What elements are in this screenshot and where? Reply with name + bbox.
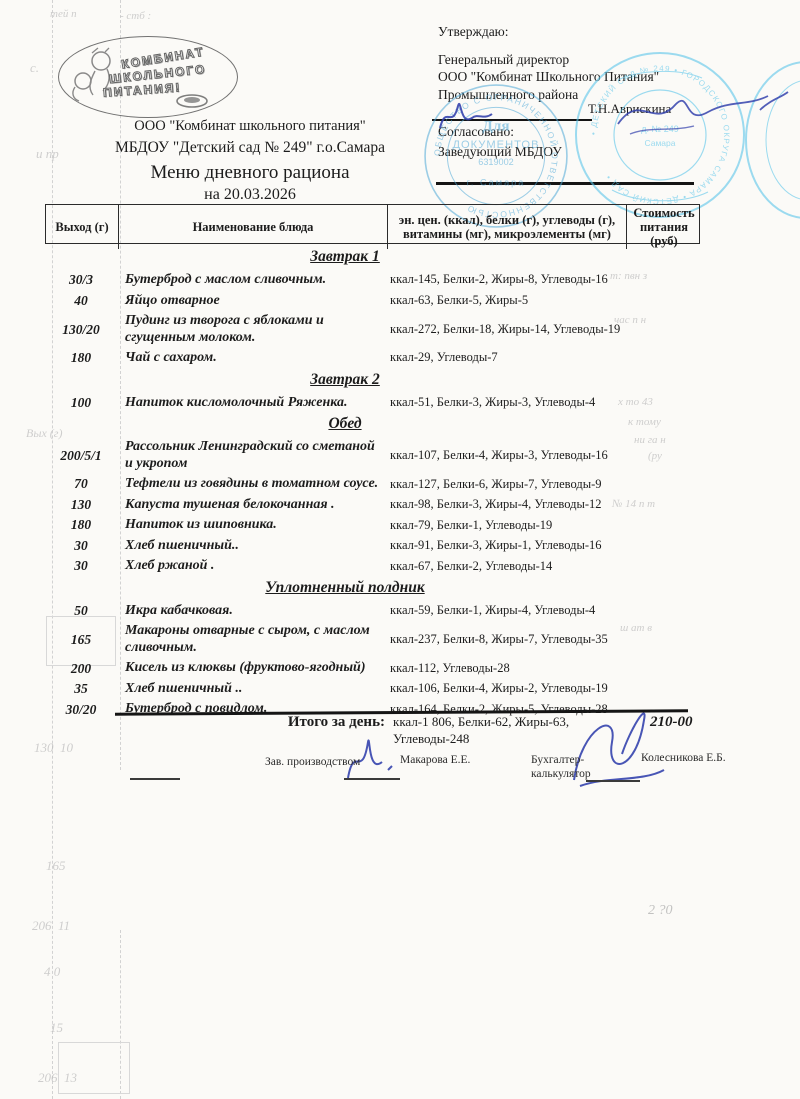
dish-name: Икра кабачковая. xyxy=(117,601,386,622)
approver-line1: Генеральный директор xyxy=(438,52,768,68)
menu-row: 40 Яйцо отварное ккал-63, Белки-5, Жиры-… xyxy=(45,291,705,312)
menu-row: 200 Кисель из клюквы (фруктово-ягодный) … xyxy=(45,658,705,679)
dish-nutrition: ккал-98, Белки-3, Жиры-4, Углеводы-12 xyxy=(386,498,690,512)
dish-weight: 165 xyxy=(45,632,117,648)
total-nutrition-line2: Углеводы-248 xyxy=(393,731,648,748)
menu-row: 130/20 Пудинг из творога с яблоками и сг… xyxy=(45,311,705,348)
blank-underline xyxy=(130,778,180,780)
agree-block: Согласовано: Заведующий МБДОУ xyxy=(438,122,562,163)
menu-row: 30/3 Бутерброд с маслом сливочным. ккал-… xyxy=(45,270,705,291)
menu-title: Меню дневного рациона xyxy=(80,162,420,184)
col-header-nutrition: эн. цен. (ккал), белки (г), углеводы (г)… xyxy=(387,205,626,249)
accountant-role-line1: Бухгалтер- xyxy=(531,754,584,766)
dish-weight: 200/5/1 xyxy=(45,448,117,464)
total-nutrition: ккал-1 806, Белки-62, Жиры-63, Углеводы-… xyxy=(385,714,648,748)
bleed-box xyxy=(58,1042,130,1094)
signature-underline xyxy=(586,780,640,782)
menu-row: 130 Капуста тушеная белокочанная . ккал-… xyxy=(45,495,705,516)
approver-name: Т.Н.Аврискина xyxy=(588,101,671,117)
dish-weight: 50 xyxy=(45,603,117,619)
dish-weight: 35 xyxy=(45,681,117,697)
dish-weight: 130/20 xyxy=(45,322,117,338)
bleed-artifact: 15 xyxy=(50,1020,63,1036)
dish-weight: 180 xyxy=(45,517,117,533)
doc-stamp-city: г. Самара xyxy=(467,177,526,187)
section-heading-breakfast1: Завтрак 1 xyxy=(45,248,645,268)
menu-row: 200/5/1 Рассольник Ленинградский со смет… xyxy=(45,437,705,474)
bleed-artifact: 206 13 xyxy=(38,1070,77,1086)
dish-name: Яйцо отварное xyxy=(117,291,386,312)
dish-weight: 200 xyxy=(45,661,117,677)
section-heading-snack: Уплотненный полдник xyxy=(45,579,645,599)
bleed-artifact: и пр xyxy=(36,146,59,162)
menu-row: 180 Чай с сахаром. ккал-29, Углеводы-7 xyxy=(45,348,705,369)
dish-weight: 180 xyxy=(45,350,117,366)
dish-name: Бутерброд с маслом сливочным. xyxy=(117,270,386,291)
total-row: Итого за день: ккал-1 806, Белки-62, Жир… xyxy=(45,714,745,748)
approver-line3: Промышленного района xyxy=(438,87,768,103)
menu-row: 50 Икра кабачковая. ккал-59, Белки-1, Жи… xyxy=(45,601,705,622)
production-manager-role: Зав. производством xyxy=(265,756,360,768)
dish-name: Чай с сахаром. xyxy=(117,348,386,369)
dish-weight: 40 xyxy=(45,293,117,309)
dish-weight: 30 xyxy=(45,538,117,554)
dish-nutrition: ккал-112, Углеводы-28 xyxy=(386,662,690,676)
signature-underline xyxy=(344,778,400,780)
dish-name: Кисель из клюквы (фруктово-ягодный) xyxy=(117,658,386,679)
menu-row: 100 Напиток кисломолочный Ряженка. ккал-… xyxy=(45,393,705,414)
bleed-vertical-line xyxy=(120,930,121,1099)
dish-weight: 100 xyxy=(45,395,117,411)
bleed-artifact: 206 11 xyxy=(32,918,70,934)
logo-plate-doodle xyxy=(175,93,209,109)
col-header-name: Наименование блюда xyxy=(118,205,387,249)
menu-row: 165 Макароны отварные с сыром, с маслом … xyxy=(45,621,705,658)
bleed-artifact: тей п xyxy=(50,8,77,20)
bleed-artifact: - стб : xyxy=(120,10,151,22)
dish-name: Пудинг из творога с яблоками и сгущенным… xyxy=(117,311,386,348)
col-header-weight: Выход (г) xyxy=(46,205,118,249)
org-line2: МБДОУ "Детский сад № 249" г.о.Самара xyxy=(80,139,420,157)
section-heading-breakfast2: Завтрак 2 xyxy=(45,371,645,391)
dish-name: Напиток кисломолочный Ряженка. xyxy=(117,393,386,414)
bleed-artifact: 2 ?0 xyxy=(648,903,673,919)
menu-row: 35 Хлеб пшеничный .. ккал-106, Белки-4, … xyxy=(45,679,705,700)
company-logo: КОМБИНАТ ШКОЛЬНОГО ПИТАНИЯ! xyxy=(58,36,238,118)
agree-role: Заведующий МБДОУ xyxy=(438,142,562,162)
menu-row: 30 Хлеб ржаной . ккал-67, Белки-2, Углев… xyxy=(45,556,705,577)
accountant-role-line2: калькулятор xyxy=(531,768,591,780)
menu-row: 70 Тефтели из говядины в томатном соусе.… xyxy=(45,474,705,495)
dish-name: Хлеб пшеничный.. xyxy=(117,536,386,557)
dish-name: Макароны отварные с сыром, с маслом слив… xyxy=(117,621,386,658)
dish-weight: 30 xyxy=(45,558,117,574)
bleed-artifact: 165 xyxy=(46,858,66,874)
dish-name: Хлеб пшеничный .. xyxy=(117,679,386,700)
dish-nutrition: ккал-237, Белки-8, Жиры-7, Углеводы-35 xyxy=(386,633,690,647)
org-heading: ООО "Комбинат школьного питания" МБДОУ "… xyxy=(80,118,420,204)
round-stamp-center2: Самара xyxy=(645,138,676,148)
dish-nutrition: ккал-51, Белки-3, Жиры-3, Углеводы-4 xyxy=(386,396,690,410)
dish-name: Напиток из шиповника. xyxy=(117,515,386,536)
round-stamp-center1: д. № 249 xyxy=(641,124,678,134)
menu-row: 30 Хлеб пшеничный.. ккал-91, Белки-3, Жи… xyxy=(45,536,705,557)
dish-nutrition: ккал-106, Белки-4, Жиры-2, Углеводы-19 xyxy=(386,682,690,696)
menu-date: на 20.03.2026 xyxy=(80,186,420,204)
dish-weight: 30/3 xyxy=(45,272,117,288)
approve-label: Утверждаю: xyxy=(438,24,768,40)
agree-signature-line xyxy=(436,182,694,185)
bleed-artifact: 4 0 xyxy=(44,964,60,980)
production-manager-name: Макарова Е.Е. xyxy=(400,754,470,766)
menu-row: 180 Напиток из шиповника. ккал-79, Белки… xyxy=(45,515,705,536)
total-nutrition-line1: ккал-1 806, Белки-62, Жиры-63, xyxy=(393,714,648,731)
dish-nutrition: ккал-67, Белки-2, Углеводы-14 xyxy=(386,560,690,574)
scanned-menu-document: тей п - стб : с. и пр Вых (г) к тому ни … xyxy=(0,0,800,1099)
dish-name: Тефтели из говядины в томатном соусе. xyxy=(117,474,386,495)
total-cost: 210-00 xyxy=(648,714,693,748)
approver-line2: ООО "Комбинат Школьного Питания" xyxy=(438,69,768,85)
agree-label: Согласовано: xyxy=(438,122,562,142)
approval-block: Утверждаю: Генеральный директор ООО "Ком… xyxy=(438,24,768,104)
dish-name: Капуста тушеная белокочанная . xyxy=(117,495,386,516)
dish-weight: 130 xyxy=(45,497,117,513)
accountant-name: Колесникова Е.Б. xyxy=(641,752,726,764)
dish-nutrition: ккал-107, Белки-4, Жиры-3, Углеводы-16 xyxy=(386,449,690,463)
menu-body: Завтрак 1 30/3 Бутерброд с маслом сливоч… xyxy=(45,246,705,720)
dish-name: Рассольник Ленинградский со сметаной и у… xyxy=(117,437,386,474)
table-header: Выход (г) Наименование блюда эн. цен. (к… xyxy=(45,204,700,244)
dish-weight: 70 xyxy=(45,476,117,492)
dish-nutrition: ккал-79, Белки-1, Углеводы-19 xyxy=(386,519,690,533)
total-label: Итого за день: xyxy=(45,714,385,748)
org-line1: ООО "Комбинат школьного питания" xyxy=(80,118,420,135)
dish-nutrition: ккал-59, Белки-1, Жиры-4, Углеводы-4 xyxy=(386,604,690,618)
dish-nutrition: ккал-272, Белки-18, Жиры-14, Углеводы-19 xyxy=(386,323,690,337)
section-heading-lunch: Обед xyxy=(45,415,645,435)
bleed-artifact: с. xyxy=(30,60,39,76)
col-header-cost: Стоимость питания (руб) xyxy=(626,205,701,249)
dish-nutrition: ккал-63, Белки-5, Жиры-5 xyxy=(386,294,690,308)
dish-nutrition: ккал-145, Белки-2, Жиры-8, Углеводы-16 xyxy=(386,273,690,287)
dish-nutrition: ккал-29, Углеводы-7 xyxy=(386,351,690,365)
dish-nutrition: ккал-91, Белки-3, Жиры-1, Углеводы-16 xyxy=(386,539,690,553)
dish-nutrition: ккал-127, Белки-6, Жиры-7, Углеводы-9 xyxy=(386,478,690,492)
dish-name: Хлеб ржаной . xyxy=(117,556,386,577)
